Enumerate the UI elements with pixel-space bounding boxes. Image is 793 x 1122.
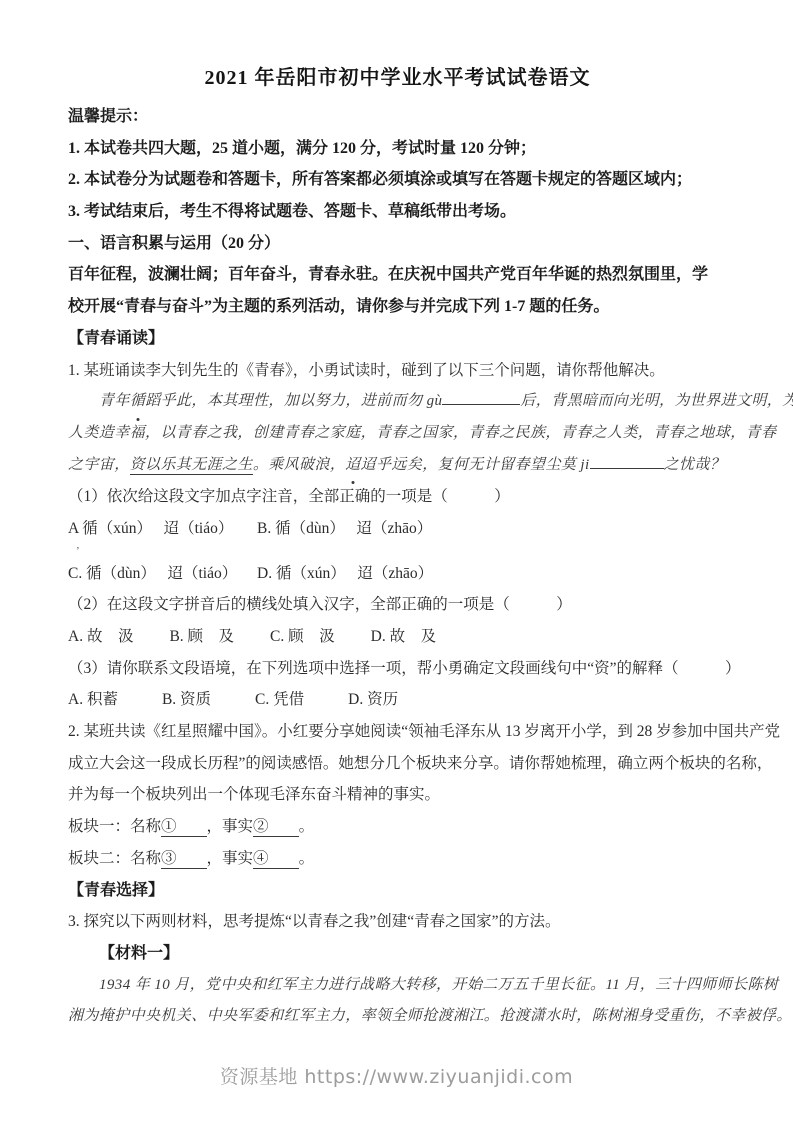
emphasized-char-tiao: 迢 xyxy=(345,450,360,482)
material-one-line-2: 湘为掩护中央机关、中央军委和红军主力，率领全师抢渡湘江。抢渡潇水时，陈树湘身受重… xyxy=(68,1001,727,1033)
option-c: C. 循（dùn） 迢（tiáo） xyxy=(68,558,257,590)
option-c: C. 凭借 xyxy=(255,684,304,716)
answer-blank-1: ① xyxy=(161,818,207,837)
page-title: 2021 年岳阳市初中学业水平考试试卷语文 xyxy=(68,62,727,95)
passage-text: 。乘风破浪， xyxy=(253,457,345,473)
print-artifact-mark: ’ xyxy=(68,545,727,558)
section-one-intro-line-1: 百年征程，波澜壮阔；百年奋斗，青春永驻。在庆祝中国共产党百年华诞的热烈氛围里，学 xyxy=(68,259,727,291)
option-a: A 循（xún） 迢（tiáo） xyxy=(68,513,257,545)
question-2-line-3: 并为每一个板块列出一个体现毛泽东奋斗精神的事实。 xyxy=(68,779,727,811)
block-mid: ，事实 xyxy=(207,818,254,835)
recite-tag: 【青春诵读】 xyxy=(68,323,727,355)
option-d: D. 资历 xyxy=(348,684,398,716)
passage-text: 之宇宙， xyxy=(68,457,130,473)
block-end: 。 xyxy=(299,818,315,835)
sub-question-1-options-row-1: A 循（xún） 迢（tiáo） B. 循（dùn） 迢（zhāo） xyxy=(68,513,727,545)
sub-question-3-options: A. 积蓄 B. 资质 C. 凭借 D. 资历 xyxy=(68,684,727,716)
block-end: 。 xyxy=(299,850,315,867)
circled-number-4: ④ xyxy=(253,850,269,867)
exam-paper-page: 2021 年岳阳市初中学业水平考试试卷语文 温馨提示： 1. 本试卷共四大题，2… xyxy=(0,0,793,1122)
block-label: 板块一：名称 xyxy=(68,818,161,835)
watermark-footer: 资源基地 https://www.ziyuanjidi.com xyxy=(0,1062,793,1089)
block-mid: ，事实 xyxy=(207,850,254,867)
block-two-line: 板块二：名称③，事实④。 xyxy=(68,843,727,875)
question-2-line-1: 2. 某班共读《红星照耀中国》。小红要分享她阅读“领袖毛泽东从 13 岁离开小学… xyxy=(68,716,727,748)
answer-blank-2: ② xyxy=(253,818,299,837)
option-a: A. 积蓄 xyxy=(68,684,118,716)
material-one-line-1: 1934 年 10 月，党中央和红军主力进行战略大转移，开始二万五千里长征。11… xyxy=(68,970,727,1002)
notice-item-1: 1. 本试卷共四大题，25 道小题，满分 120 分，考试时量 120 分钟； xyxy=(68,133,727,165)
question-1-intro: 1. 某班诵读李大钊先生的《青春》，小勇试读时，碰到了以下三个问题，请你帮他解决… xyxy=(68,355,727,387)
option-a: A. 故 汲 xyxy=(68,621,133,653)
section-one-heading: 一、语言积累与运用（20 分） xyxy=(68,228,727,260)
passage-line-1: 青年循蹈乎此，本其理性，加以努力，进前而勿 gù后，背黑暗而向光明，为世界进文明… xyxy=(68,386,727,418)
circled-number-3: ③ xyxy=(161,850,177,867)
section-one-intro-line-2: 校开展“青春与奋斗”为主题的系列活动，请你参与并完成下列 1-7 题的任务。 xyxy=(68,291,727,323)
passage-text: 迢乎远矣，复何无计留春望尘莫 ji xyxy=(361,457,590,473)
sub-question-3-stem: （3）请你联系文段语境，在下列选项中选择一项，帮小勇确定文段画线句中“资”的解释… xyxy=(68,653,727,685)
question-2-line-2: 成立大会这一段成长历程”的阅读感悟。她想分几个板块来分享。请你帮她梳理，确立两个… xyxy=(68,748,727,780)
fill-blank-gu xyxy=(442,390,520,405)
material-one-tag: 【材料一】 xyxy=(68,938,727,970)
option-d: D. 循（xún） 迢（zhāo） xyxy=(257,558,433,590)
passage-line-3: 之宇宙，资以乐其无涯之生。乘风破浪，迢迢乎远矣，复何无计留春望尘莫 ji之忧哉？ xyxy=(68,450,727,482)
passage-text: 青年 xyxy=(99,393,130,409)
underlined-phrase: 资以乐其无涯之生 xyxy=(130,457,253,475)
sub-question-1-options-row-2: C. 循（dùn） 迢（tiáo） D. 循（xún） 迢（zhāo） xyxy=(68,558,727,590)
sub-question-2-stem: （2）在这段文字拼音后的横线处填入汉字，全部正确的一项是（ ） xyxy=(68,589,727,621)
circled-number-1: ① xyxy=(161,818,177,835)
circled-number-2: ② xyxy=(253,818,269,835)
notice-heading: 温馨提示： xyxy=(68,101,727,133)
passage-text: 之忧哉？ xyxy=(664,457,726,473)
sub-question-2-options: A. 故 汲 B. 顾 及 C. 顾 汲 D. 故 及 xyxy=(68,621,727,653)
passage-text: 后，背黑暗而向光明，为世界进文明，为 xyxy=(520,393,793,409)
fill-blank-ji xyxy=(590,454,664,469)
block-label: 板块二：名称 xyxy=(68,850,161,867)
choice-tag: 【青春选择】 xyxy=(68,875,727,907)
notice-item-2: 2. 本试卷分为试题卷和答题卡，所有答案都必须填涂或填写在答题卡规定的答题区域内… xyxy=(68,164,727,196)
passage-text: 蹈乎此，本其理性，加以努力，进前而勿 gù xyxy=(145,393,442,409)
option-b: B. 资质 xyxy=(162,684,211,716)
notice-item-3: 3. 考试结束后，考生不得将试题卷、答题卡、草稿纸带出考场。 xyxy=(68,196,727,228)
emphasized-char-xun: 循 xyxy=(130,386,145,418)
option-b: B. 循（dùn） 迢（zhāo） xyxy=(257,513,432,545)
option-d: D. 故 及 xyxy=(371,621,436,653)
answer-blank-3: ③ xyxy=(161,850,207,869)
sub-question-1-stem: （1）依次给这段文字加点字注音，全部正确的一项是（ ） xyxy=(68,481,727,513)
passage-line-2: 人类造幸福，以青春之我，创建青春之家庭，青春之国家，青春之民族，青春之人类，青春… xyxy=(68,418,727,450)
block-one-line: 板块一：名称①，事实②。 xyxy=(68,811,727,843)
answer-blank-4: ④ xyxy=(253,850,299,869)
option-c: C. 顾 汲 xyxy=(270,621,335,653)
exam-content: 2021 年岳阳市初中学业水平考试试卷语文 温馨提示： 1. 本试卷共四大题，2… xyxy=(68,62,727,1033)
option-b: B. 顾 及 xyxy=(169,621,234,653)
question-3-intro: 3. 探究以下两则材料，思考提炼“以青春之我”创建“青春之国家”的方法。 xyxy=(68,906,727,938)
